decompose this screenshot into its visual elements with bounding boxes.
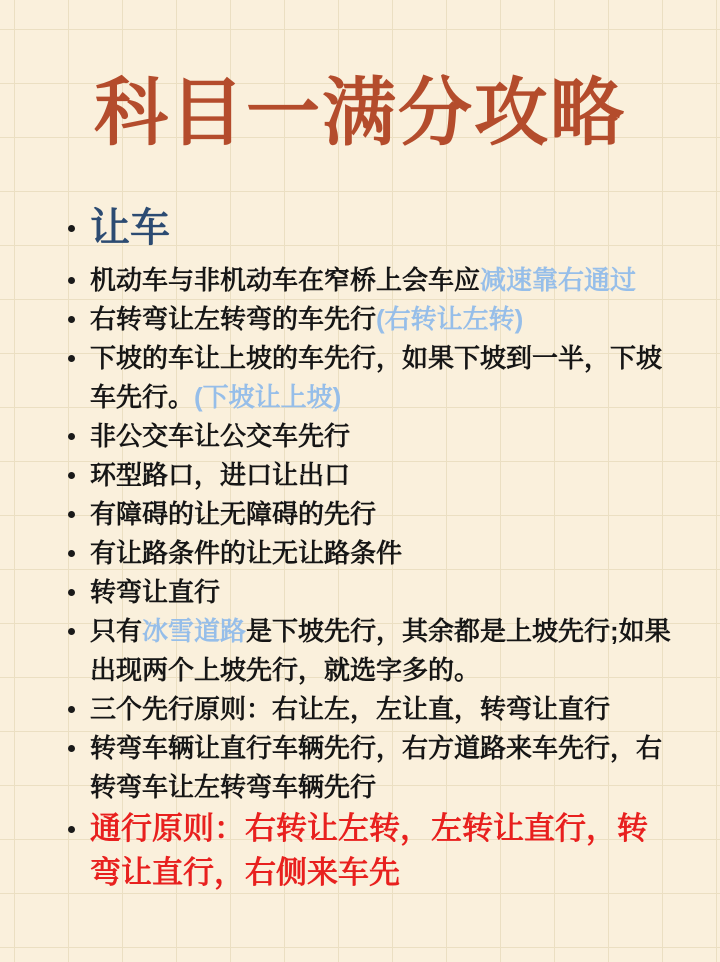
rule-text: 有障碍的让无障碍的先行 bbox=[90, 499, 376, 529]
section-heading: 让车 bbox=[90, 206, 170, 250]
rule-text: 通行原则：右转让左转，左转让直行，转弯让直行，右侧来车先 bbox=[90, 811, 648, 890]
bullet-dot bbox=[68, 316, 75, 323]
bullet-dot bbox=[68, 706, 75, 713]
rule-item: 环型路口，进口让出口 bbox=[90, 456, 676, 495]
rule-item: 通行原则：右转让左转，左转让直行，转弯让直行，右侧来车先 bbox=[90, 807, 676, 895]
section-heading-row: 让车 bbox=[90, 204, 676, 261]
rule-item: 只有冰雪道路是下坡先行，其余都是上坡先行;如果出现两个上坡先行，就选字多的。 bbox=[90, 612, 676, 690]
rule-item: 转弯让直行 bbox=[90, 573, 676, 612]
bullet-dot bbox=[68, 355, 75, 362]
rule-text: 只有冰雪道路是下坡先行，其余都是上坡先行;如果出现两个上坡先行，就选字多的。 bbox=[90, 616, 671, 685]
rule-text: 有让路条件的让无让路条件 bbox=[90, 538, 402, 568]
rule-text: 机动车与非机动车在窄桥上会车应减速靠右通过 bbox=[90, 265, 636, 295]
bullet-dot bbox=[68, 277, 75, 284]
rule-item: 下坡的车让上坡的车先行，如果下坡到一半，下坡车先行。(下坡让上坡) bbox=[90, 339, 676, 417]
bullet-dot bbox=[68, 225, 75, 232]
content-area: 让车 机动车与非机动车在窄桥上会车应减速靠右通过右转弯让左转弯的车先行(右转让左… bbox=[90, 204, 676, 895]
bullet-dot bbox=[68, 628, 75, 635]
bullet-dot bbox=[68, 472, 75, 479]
poster-background: 科目一满分攻略 让车 机动车与非机动车在窄桥上会车应减速靠右通过右转弯让左转弯的… bbox=[0, 0, 720, 962]
rule-item: 右转弯让左转弯的车先行(右转让左转) bbox=[90, 300, 676, 339]
rule-text: 下坡的车让上坡的车先行，如果下坡到一半，下坡车先行。(下坡让上坡) bbox=[90, 343, 662, 412]
bullet-dot bbox=[68, 433, 75, 440]
rule-text: 转弯让直行 bbox=[90, 577, 220, 607]
rule-text: 三个先行原则：右让左，左让直，转弯让直行 bbox=[90, 694, 610, 724]
bullet-dot bbox=[68, 511, 75, 518]
rule-item: 机动车与非机动车在窄桥上会车应减速靠右通过 bbox=[90, 261, 676, 300]
rule-text: 右转弯让左转弯的车先行(右转让左转) bbox=[90, 304, 523, 334]
rule-item: 有障碍的让无障碍的先行 bbox=[90, 495, 676, 534]
bullet-dot bbox=[68, 745, 75, 752]
rule-text: 环型路口，进口让出口 bbox=[90, 460, 350, 490]
rule-text: 转弯车辆让直行车辆先行，右方道路来车先行，右转弯车让左转弯车辆先行 bbox=[90, 733, 662, 802]
rule-item: 转弯车辆让直行车辆先行，右方道路来车先行，右转弯车让左转弯车辆先行 bbox=[90, 729, 676, 807]
rule-item: 非公交车让公交车先行 bbox=[90, 417, 676, 456]
rule-item: 三个先行原则：右让左，左让直，转弯让直行 bbox=[90, 690, 676, 729]
bullet-dot bbox=[68, 550, 75, 557]
page-title: 科目一满分攻略 bbox=[0, 0, 720, 150]
rules-list: 机动车与非机动车在窄桥上会车应减速靠右通过右转弯让左转弯的车先行(右转让左转)下… bbox=[90, 261, 676, 895]
bullet-dot bbox=[68, 826, 75, 833]
bullet-dot bbox=[68, 589, 75, 596]
rule-item: 有让路条件的让无让路条件 bbox=[90, 534, 676, 573]
rule-text: 非公交车让公交车先行 bbox=[90, 421, 350, 451]
